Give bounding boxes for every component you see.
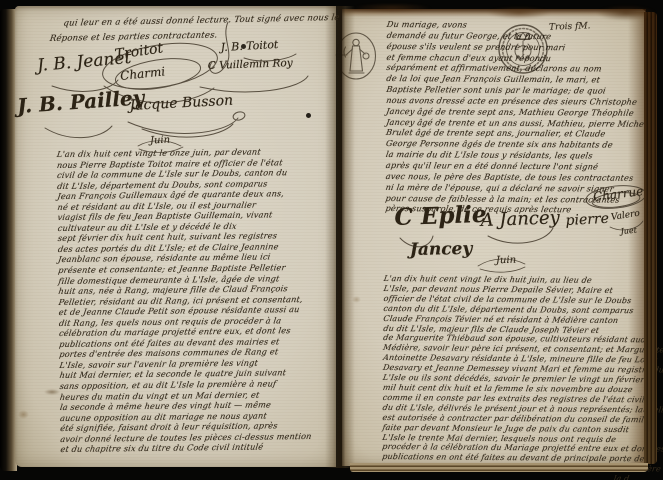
left-page-body-text: L'an dix huit cent vingt le onze juin, p… (56, 146, 336, 455)
signature-a-jancey: A Jancey (480, 207, 560, 231)
section-heading-juin-left: Juin (150, 135, 170, 147)
signature-eplie: C Eplie (394, 201, 487, 231)
section-heading-juin-right: Juin (496, 255, 516, 266)
left-page-intro-text: qui leur en a été aussi donné lecture. T… (48, 11, 339, 47)
book-scan: qui leur en a été aussi donné lecture. T… (0, 0, 663, 480)
signature-jancey: Jancey (410, 239, 473, 260)
crowned-monogram-seal-stamp-icon (496, 23, 550, 75)
fore-edge-pages (644, 12, 657, 464)
manuscript-line: la d. (381, 472, 647, 480)
right-page-paragraph-2: L'an dix huit cent vingt le dix huit jui… (381, 274, 647, 480)
burn-mark-top (342, 9, 646, 17)
bottom-edge-pages (350, 463, 648, 472)
standing-figure-seal-stamp-icon (335, 31, 379, 81)
signature-juet: Juet (620, 226, 637, 236)
signature-pierre: pierre (565, 211, 609, 229)
